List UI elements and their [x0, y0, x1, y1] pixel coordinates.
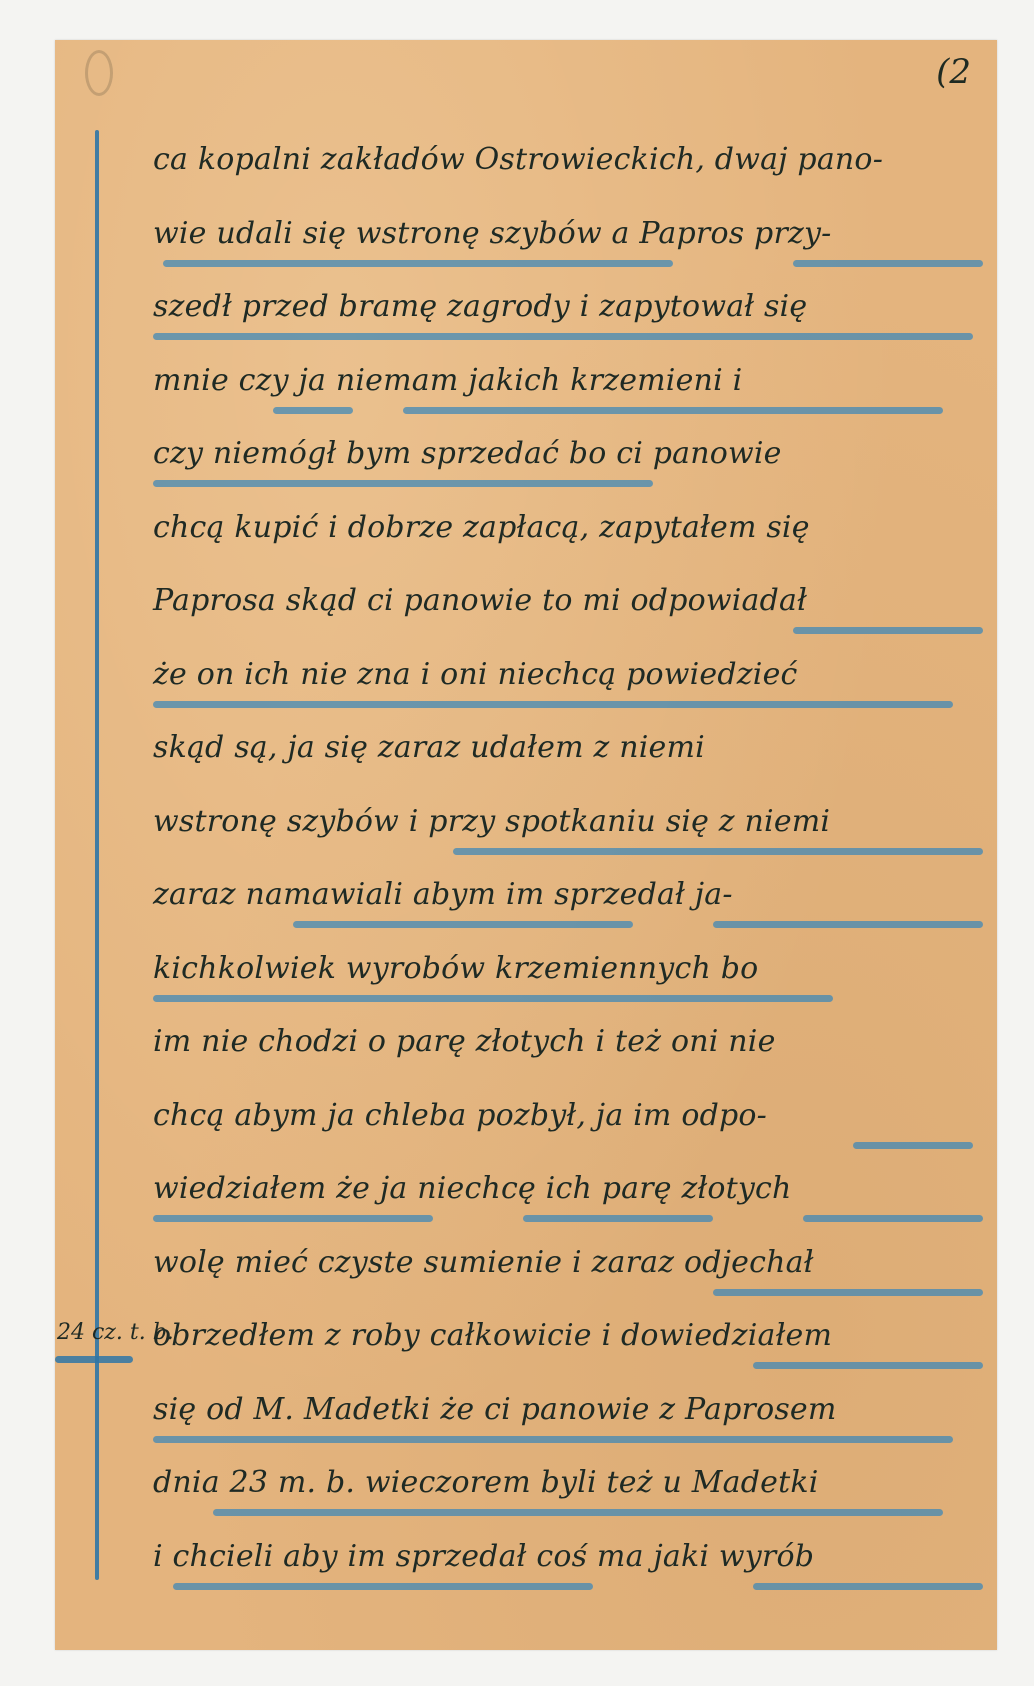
blue-pencil-underline: [153, 701, 953, 708]
text-line: obrzedłem z roby całkowicie i dowiedział…: [55, 1316, 985, 1390]
blue-pencil-underline: [153, 1436, 953, 1443]
line-text: kichkolwiek wyrobów krzemiennych bo: [153, 949, 758, 989]
text-line: wstronę szybów i przy spotkaniu się z ni…: [153, 802, 983, 876]
text-line: chcą abym ja chleba pozbył, ja im odpo-: [153, 1096, 983, 1170]
text-line: dnia 23 m. b. wieczorem byli też u Madet…: [153, 1463, 983, 1537]
line-text: Paprosa skąd ci panowie to mi odpowiadał: [153, 581, 807, 621]
text-line: wolę mieć czyste sumienie i zaraz odjech…: [153, 1243, 983, 1317]
text-line: im nie chodzi o parę złotych i też oni n…: [153, 1022, 983, 1096]
blue-pencil-underline: [153, 333, 973, 340]
line-text: obrzedłem z roby całkowicie i dowiedział…: [153, 1316, 832, 1356]
blue-pencil-underline: [163, 260, 673, 267]
line-text: chcą kupić i dobrze zapłacą, zapytałem s…: [153, 508, 810, 548]
blue-pencil-underline: [213, 1509, 943, 1516]
text-line: się od M. Madetki że ci panowie z Papros…: [153, 1390, 983, 1464]
margin-date-note: 24 cz. t. b.: [57, 1320, 174, 1345]
line-text: wiedziałem że ja niechcę ich parę złotyc…: [153, 1169, 792, 1209]
margin-note-underline: [55, 1356, 133, 1363]
document-page: (2 ca kopalni zakładów Ostrowieckich, dw…: [55, 40, 997, 1650]
text-line: czy niemógł bym sprzedać bo ci panowie: [153, 434, 983, 508]
line-text: wie udali się wstronę szybów a Papros pr…: [153, 214, 831, 254]
line-text: chcą abym ja chleba pozbył, ja im odpo-: [153, 1096, 767, 1136]
line-text: że on ich nie zna i oni niechcą powiedzi…: [153, 655, 798, 695]
blue-pencil-underline: [523, 1215, 713, 1222]
line-text: mnie czy ja niemam jakich krzemieni i: [153, 361, 742, 401]
text-line: zaraz namawiali abym im sprzedał ja-: [153, 875, 983, 949]
line-text: dnia 23 m. b. wieczorem byli też u Madet…: [153, 1463, 819, 1503]
blue-pencil-underline: [793, 260, 983, 267]
blue-pencil-underline: [853, 1142, 973, 1149]
line-text: zaraz namawiali abym im sprzedał ja-: [153, 875, 733, 915]
line-text: wolę mieć czyste sumienie i zaraz odjech…: [153, 1243, 814, 1283]
text-line: że on ich nie zna i oni niechcą powiedzi…: [153, 655, 983, 729]
line-text: wstronę szybów i przy spotkaniu się z ni…: [153, 802, 830, 842]
blue-pencil-underline: [153, 995, 833, 1002]
blue-pencil-underline: [713, 921, 983, 928]
blue-pencil-underline: [153, 480, 653, 487]
blue-pencil-underline: [403, 407, 943, 414]
text-line: Paprosa skąd ci panowie to mi odpowiadał: [153, 581, 983, 655]
line-text: się od M. Madetki że ci panowie z Papros…: [153, 1390, 837, 1430]
text-line: chcą kupić i dobrze zapłacą, zapytałem s…: [153, 508, 983, 582]
text-line: mnie czy ja niemam jakich krzemieni i: [153, 361, 983, 435]
text-line: i chcieli aby im sprzedał coś ma jaki wy…: [153, 1537, 983, 1611]
blue-pencil-underline: [173, 1583, 593, 1590]
handwritten-text-body: ca kopalni zakładów Ostrowieckich, dwaj …: [55, 40, 997, 1650]
text-line: wie udali się wstronę szybów a Papros pr…: [153, 214, 983, 288]
line-text: ca kopalni zakładów Ostrowieckich, dwaj …: [153, 140, 883, 180]
line-text: im nie chodzi o parę złotych i też oni n…: [153, 1022, 776, 1062]
text-line: wiedziałem że ja niechcę ich parę złotyc…: [153, 1169, 983, 1243]
blue-pencil-underline: [753, 1583, 983, 1590]
text-line: kichkolwiek wyrobów krzemiennych bo: [153, 949, 983, 1023]
text-line: szedł przed bramę zagrody i zapytował si…: [153, 287, 983, 361]
blue-pencil-underline: [713, 1289, 983, 1296]
blue-pencil-underline: [273, 407, 353, 414]
blue-pencil-underline: [453, 848, 983, 855]
blue-pencil-underline: [793, 627, 983, 634]
blue-pencil-underline: [803, 1215, 983, 1222]
text-line: ca kopalni zakładów Ostrowieckich, dwaj …: [153, 140, 983, 214]
blue-pencil-underline: [153, 1215, 433, 1222]
line-text: skąd są, ja się zaraz udałem z niemi: [153, 728, 705, 768]
line-text: szedł przed bramę zagrody i zapytował si…: [153, 287, 807, 327]
line-text: czy niemógł bym sprzedać bo ci panowie: [153, 434, 782, 474]
blue-pencil-underline: [753, 1362, 983, 1369]
line-text: i chcieli aby im sprzedał coś ma jaki wy…: [153, 1537, 814, 1577]
blue-pencil-underline: [293, 921, 633, 928]
text-line: skąd są, ja się zaraz udałem z niemi: [153, 728, 983, 802]
